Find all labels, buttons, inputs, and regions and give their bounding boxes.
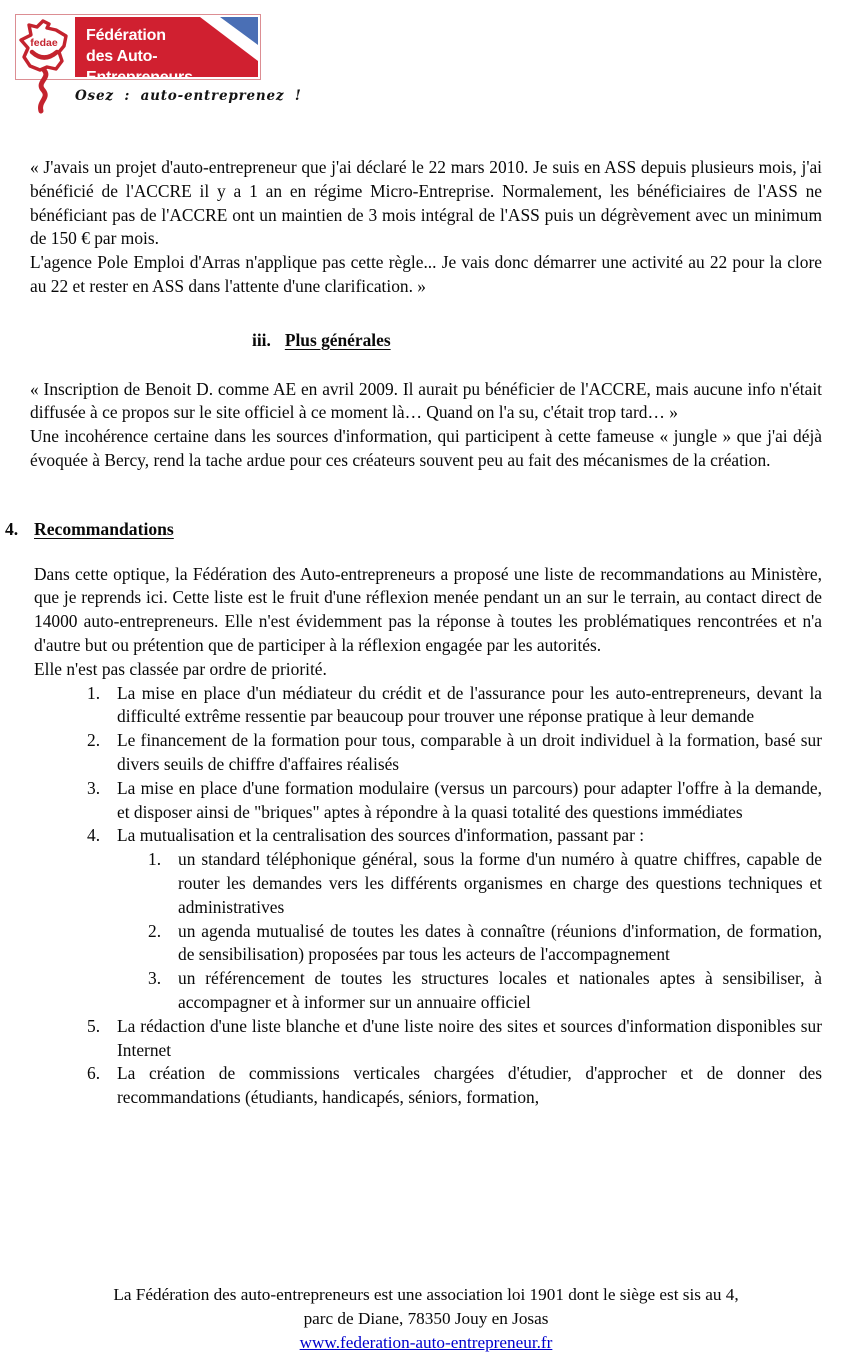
section-heading: 4. Recommandations — [5, 518, 822, 542]
france-map-icon: fedae — [16, 15, 73, 79]
subsection-title: Plus générales — [285, 329, 391, 353]
list-item-number: 1. — [87, 682, 117, 730]
list-item-number: 4. — [87, 824, 117, 848]
list-item: 2. Le financement de la formation pour t… — [34, 729, 822, 777]
list-item-text: La mise en place d'une formation modulai… — [117, 777, 822, 825]
paragraph: Dans cette optique, la Fédération des Au… — [34, 563, 822, 658]
logo-tagline: Osez : auto-entreprenez ! — [75, 88, 261, 104]
footer-website-link[interactable]: www.federation-auto-entrepreneur.fr — [300, 1333, 553, 1352]
list-item-text: La mise en place d'un médiateur du crédi… — [117, 682, 822, 730]
page-footer: La Fédération des auto-entrepreneurs est… — [0, 1283, 852, 1355]
banner-corner-triangle — [220, 17, 258, 45]
testimonial-benoit: « Inscription de Benoit D. comme AE en a… — [30, 378, 822, 473]
logo-banner-row: fedae Fédération des Auto-Entrepreneurs — [15, 14, 261, 80]
sub-list-item-text: un agenda mutualisé de toutes les dates … — [178, 920, 822, 968]
recommendations-list: 1. La mise en place d'un médiateur du cr… — [30, 682, 822, 1110]
list-item-number: 3. — [87, 777, 117, 825]
paragraph: « Inscription de Benoit D. comme AE en a… — [30, 378, 822, 426]
sub-list-item-number: 1. — [148, 848, 178, 919]
list-item-text: La création de commissions verticales ch… — [117, 1062, 822, 1110]
testimonial-ass: « J'avais un projet d'auto-entrepreneur … — [30, 156, 822, 299]
sub-list-item: 2. un agenda mutualisé de toutes les dat… — [34, 920, 822, 968]
sub-list-item: 1. un standard téléphonique général, sou… — [34, 848, 822, 919]
subsection-number: iii. — [252, 329, 271, 353]
list-item-text: La rédaction d'une liste blanche et d'un… — [117, 1015, 822, 1063]
sub-list-item-text: un standard téléphonique général, sous l… — [178, 848, 822, 919]
footer-line: parc de Diane, 78350 Jouy en Josas — [0, 1307, 852, 1331]
list-item-text: La mutualisation et la centralisation de… — [117, 824, 822, 848]
list-item: 4. La mutualisation et la centralisation… — [34, 824, 822, 848]
document-page: fedae Fédération des Auto-Entrepreneurs … — [0, 0, 852, 1359]
sub-list-item-text: un référencement de toutes les structure… — [178, 967, 822, 1015]
paragraph: Une incohérence certaine dans les source… — [30, 425, 822, 473]
section-title: Recommandations — [34, 518, 174, 542]
paragraph: L'agence Pole Emploi d'Arras n'applique … — [30, 251, 822, 299]
footer-line: La Fédération des auto-entrepreneurs est… — [0, 1283, 852, 1307]
document-body: « J'avais un projet d'auto-entrepreneur … — [30, 156, 822, 1110]
sub-list-item-number: 3. — [148, 967, 178, 1015]
france-map-svg: fedae — [16, 15, 73, 117]
sub-list-item: 3. un référencement de toutes les struct… — [34, 967, 822, 1015]
logo-banner: Fédération des Auto-Entrepreneurs — [73, 15, 260, 79]
list-item-number: 2. — [87, 729, 117, 777]
sub-list-item-number: 2. — [148, 920, 178, 968]
subsection-heading: iii. Plus générales — [252, 329, 822, 353]
list-item-number: 6. — [87, 1062, 117, 1110]
paragraph: Elle n'est pas classée par ordre de prio… — [34, 658, 822, 682]
list-item: 1. La mise en place d'un médiateur du cr… — [34, 682, 822, 730]
section-number: 4. — [5, 518, 34, 542]
list-item: 6. La création de commissions verticales… — [34, 1062, 822, 1110]
list-item: 5. La rédaction d'une liste blanche et d… — [34, 1015, 822, 1063]
logo-map-label: fedae — [30, 37, 58, 49]
list-item-number: 5. — [87, 1015, 117, 1063]
list-item-text: Le financement de la formation pour tous… — [117, 729, 822, 777]
section-intro: Dans cette optique, la Fédération des Au… — [30, 563, 822, 682]
list-item: 3. La mise en place d'une formation modu… — [34, 777, 822, 825]
paragraph: « J'avais un projet d'auto-entrepreneur … — [30, 156, 822, 251]
fedae-logo: fedae Fédération des Auto-Entrepreneurs … — [15, 14, 261, 80]
